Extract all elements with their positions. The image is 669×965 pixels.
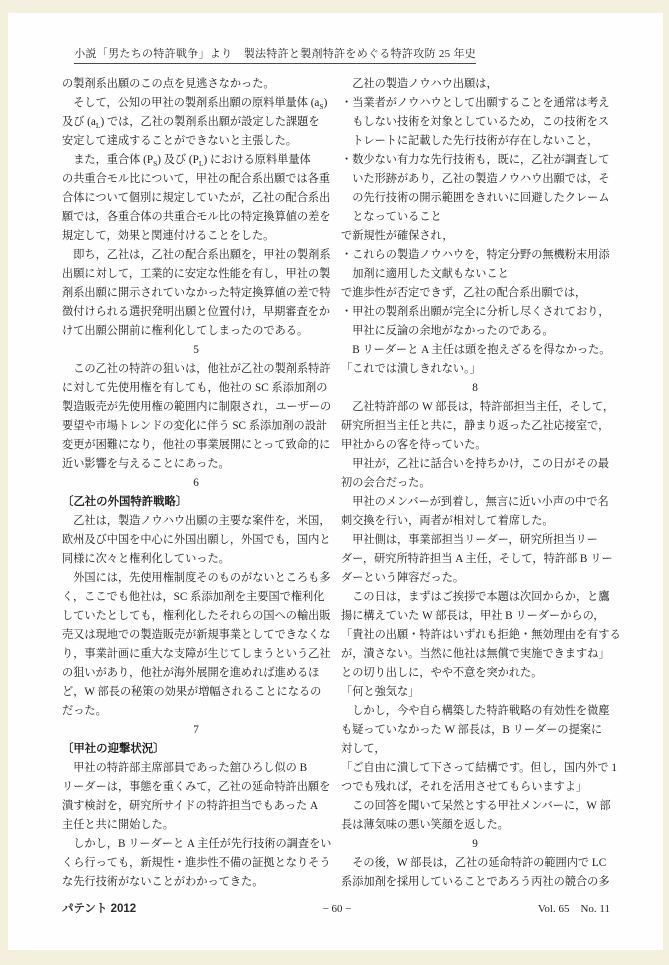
left-column: の製剤系出願のこの点を見逃さなかった。 そして，公知の甲社の製剤系出願の原料単量…	[62, 75, 330, 892]
text-line: 「これでは潰しきれない。」	[341, 360, 609, 379]
text-line: 即ち，乙社は，乙社の配合系出願を，甲社の製剤系	[62, 246, 330, 265]
text-line: 変更が困難になり，他社の事業展開にとって致命的に	[62, 436, 330, 455]
text-line: 研究所担当主任と共に，静まり返った乙社応接室で，	[341, 417, 609, 436]
text-line: 合体について個別に規定していたが，乙社の配合系出	[62, 189, 330, 208]
text-line: 規定して，効果と関連付けることをした。	[62, 227, 330, 246]
text-line: 甲社が，乙社に話合いを持ちかけ，この日がその最	[341, 455, 609, 474]
text-line: 系添加剤を採用していることであろう丙社の競合の多	[341, 873, 609, 892]
text-line: そして，公知の甲社の製剤系出願の原料単量体 (aS)	[62, 94, 330, 113]
text-line: 甲社からの客を待っていた。	[341, 436, 609, 455]
text-line: となっていること	[341, 208, 609, 227]
document-page: 小説「男たちの特許戦争」より 製法特許と製剤特許をめぐる特許攻防 25 年史 の…	[8, 13, 663, 950]
text-line: 要望や市場トレンドの変化に伴う SC 系添加剤の設計	[62, 417, 330, 436]
text-line: この乙社の特許の狙いは，他社が乙社の製剤系特許	[62, 360, 330, 379]
text-line: 甲社のメンバーが到着し，無言に近い小声の中で名	[341, 493, 609, 512]
text-line: いた形跡があり，乙社の製造ノウハウ出願では，そ	[341, 170, 609, 189]
text-line: 徴付けられる選択発明出願と位置付け，早期審査をか	[62, 303, 330, 322]
text-line: 「貴社の出願・特許はいずれも拒絶・無効理由を有する	[341, 626, 609, 645]
section-number: 6	[62, 474, 330, 493]
text-line: 及び (aL) では，乙社の製剤系出願が設定した課題を	[62, 113, 330, 132]
text-line: の製剤系出願のこの点を見逃さなかった。	[62, 75, 330, 94]
text-line: しかし，B リーダーと A 主任が先行技術の調査をい	[62, 835, 330, 854]
text-line: ダーという陣容だった。	[341, 569, 609, 588]
text-line: ・当業者がノウハウとして出願することを通常は考え	[341, 94, 609, 113]
text-line: 甲社側は，事業部担当リーダー，研究所担当リー	[341, 531, 609, 550]
text-line: で新規性が確保され，	[341, 227, 609, 246]
text-line: もしない技術を対象としているため，この技術をス	[341, 113, 609, 132]
text-line: も疑っていなかった W 部長は，B リーダーの提案に	[341, 721, 609, 740]
text-line: ・甲社の製剤系出願が完全に分析し尽くされており，	[341, 303, 609, 322]
text-line: の狙いがあり，他社が海外展開を進めれば進めるほ	[62, 664, 330, 683]
text-line: 長は薄気味の悪い笑顔を返した。	[341, 816, 609, 835]
text-line: くら行っても，新規性・進歩性不備の証拠となりそう	[62, 854, 330, 873]
text-line: に対して先使用権を有しても，他社の SC 系添加剤の	[62, 379, 330, 398]
text-line: 近い影響を与えることにあった。	[62, 455, 330, 474]
journal-name: パテント 2012	[62, 900, 136, 916]
text-line: けて出願公開前に権利化してしまったのである。	[62, 322, 330, 341]
text-line: 欧州及び中国を中心に外国出願し，外国でも，国内と	[62, 531, 330, 550]
text-line: 「ご自由に潰して下さって結構です。但し，国内外で 1	[341, 759, 609, 778]
text-line: 外国には，先使用権制度そのものがないところも多	[62, 569, 330, 588]
page-number: − 60 −	[323, 903, 352, 915]
text-line: 対して，	[341, 740, 609, 759]
text-line: 潰す検討を，研究所サイドの特許担当でもあった A	[62, 797, 330, 816]
running-header: 小説「男たちの特許戦争」より 製法特許と製剤特許をめぐる特許攻防 25 年史	[62, 33, 476, 76]
text-line: ダー，研究所特許担当 A 主任，そして，特許部 B リー	[341, 550, 609, 569]
section-number: 5	[62, 341, 330, 360]
text-line: リーダーは，事態を重くみて，乙社の延命特許出願を	[62, 778, 330, 797]
text-line: 初の会合だった。	[341, 474, 609, 493]
text-line: ど，W 部長の秘策の効果が増幅されることになるの	[62, 683, 330, 702]
text-line: 甲社の特許部主席部員であった舘ひろし似の B	[62, 759, 330, 778]
text-line: その後，W 部長は，乙社の延命特許の範囲内で LC	[341, 854, 609, 873]
text-line: B リーダーと A 主任は頭を抱えざるを得なかった。	[341, 341, 609, 360]
text-line: が，潰さない。当然に他社は無償で実施できますね」	[341, 645, 609, 664]
text-line: 揚に構えていた W 部長は，甲社 B リーダーからの，	[341, 607, 609, 626]
section-number: 8	[341, 379, 609, 398]
text-line: だった。	[62, 702, 330, 721]
running-header-title: 小説「男たちの特許戦争」より 製法特許と製剤特許をめぐる特許攻防 25 年史	[74, 45, 476, 64]
text-line: 「何と強気な」	[341, 683, 609, 702]
text-line: つでも残れば，それを活用させてもらいますよ」	[341, 778, 609, 797]
text-line: との切り出しに，やや不意を突かれた。	[341, 664, 609, 683]
text-line: 製造販売が先使用権の範囲内に制限され，ユーザーの	[62, 398, 330, 417]
volume-number: Vol. 65 No. 11	[538, 900, 610, 916]
text-line: 加剤に適用した文献もないこと	[341, 265, 609, 284]
text-line: 乙社の製造ノウハウ出願は，	[341, 75, 609, 94]
text-line: 売又は現地での製造販売が新規事業としてできなくな	[62, 626, 330, 645]
text-line: していたとしても，権利化したそれらの国への輸出販	[62, 607, 330, 626]
text-line: 同様に次々と権利化していった。	[62, 550, 330, 569]
text-line: ・これらの製造ノウハウを，特定分野の無機粉末用添	[341, 246, 609, 265]
text-line: しかし，今や自ら構築した特許戦略の有効性を微塵	[341, 702, 609, 721]
text-line: り，事業計画に重大な支障が生じてしまうという乙社	[62, 645, 330, 664]
text-line: 願では，各重合体の共重合モル比の特定換算値の差を	[62, 208, 330, 227]
text-line: 出願に対して，工業的に安定な性能を有し，甲社の製	[62, 265, 330, 284]
body-text: の製剤系出願のこの点を見逃さなかった。 そして，公知の甲社の製剤系出願の原料単量…	[62, 75, 610, 892]
text-line: 剤系出願に開示されていなかった特定換算値の差で特	[62, 284, 330, 303]
text-line: 甲社に反論の余地がなかったのである。	[341, 322, 609, 341]
text-line: 主任と共に開始した。	[62, 816, 330, 835]
text-line: また，重合体 (PS) 及び (PL) における原料単量体	[62, 151, 330, 170]
text-line: 乙社は，製造ノウハウ出願の主要な案件を，米国，	[62, 512, 330, 531]
text-line: の先行技術の開示範囲をきれいに回避したクレーム	[341, 189, 609, 208]
text-line: ・数少ない有力な先行技術も，既に，乙社が調査して	[341, 151, 609, 170]
section-heading: 〔乙社の外国特許戦略〕	[62, 493, 330, 512]
text-line: で進歩性が否定できず，乙社の配合系出願では，	[341, 284, 609, 303]
text-line: この日は，まずはご挨拶で本題は次回からか，と鷹	[341, 588, 609, 607]
text-line: 安定して達成することができないと主張した。	[62, 132, 330, 151]
text-line: 刺交換を行い，両者が相対して着席した。	[341, 512, 609, 531]
text-line: トレートに記載した先行技術が存在しないこと，	[341, 132, 609, 151]
text-line: な先行技術がないことがわかってきた。	[62, 873, 330, 892]
page-footer: パテント 2012 − 60 − Vol. 65 No. 11	[62, 900, 610, 916]
text-line: 乙社特許部の W 部長は，特許部担当主任，そして，	[341, 398, 609, 417]
text-line: の共重合モル比について，甲社の配合系出願では各重	[62, 170, 330, 189]
text-line: く，ここでも他社は，SC 系添加剤を主要国で権利化	[62, 588, 330, 607]
text-line: この回答を聞いて呆然とする甲社メンバーに，W 部	[341, 797, 609, 816]
right-column: 乙社の製造ノウハウ出願は，・当業者がノウハウとして出願することを通常は考え もし…	[341, 75, 609, 892]
section-number: 7	[62, 721, 330, 740]
section-number: 9	[341, 835, 609, 854]
section-heading: 〔甲社の迎撃状況〕	[62, 740, 330, 759]
